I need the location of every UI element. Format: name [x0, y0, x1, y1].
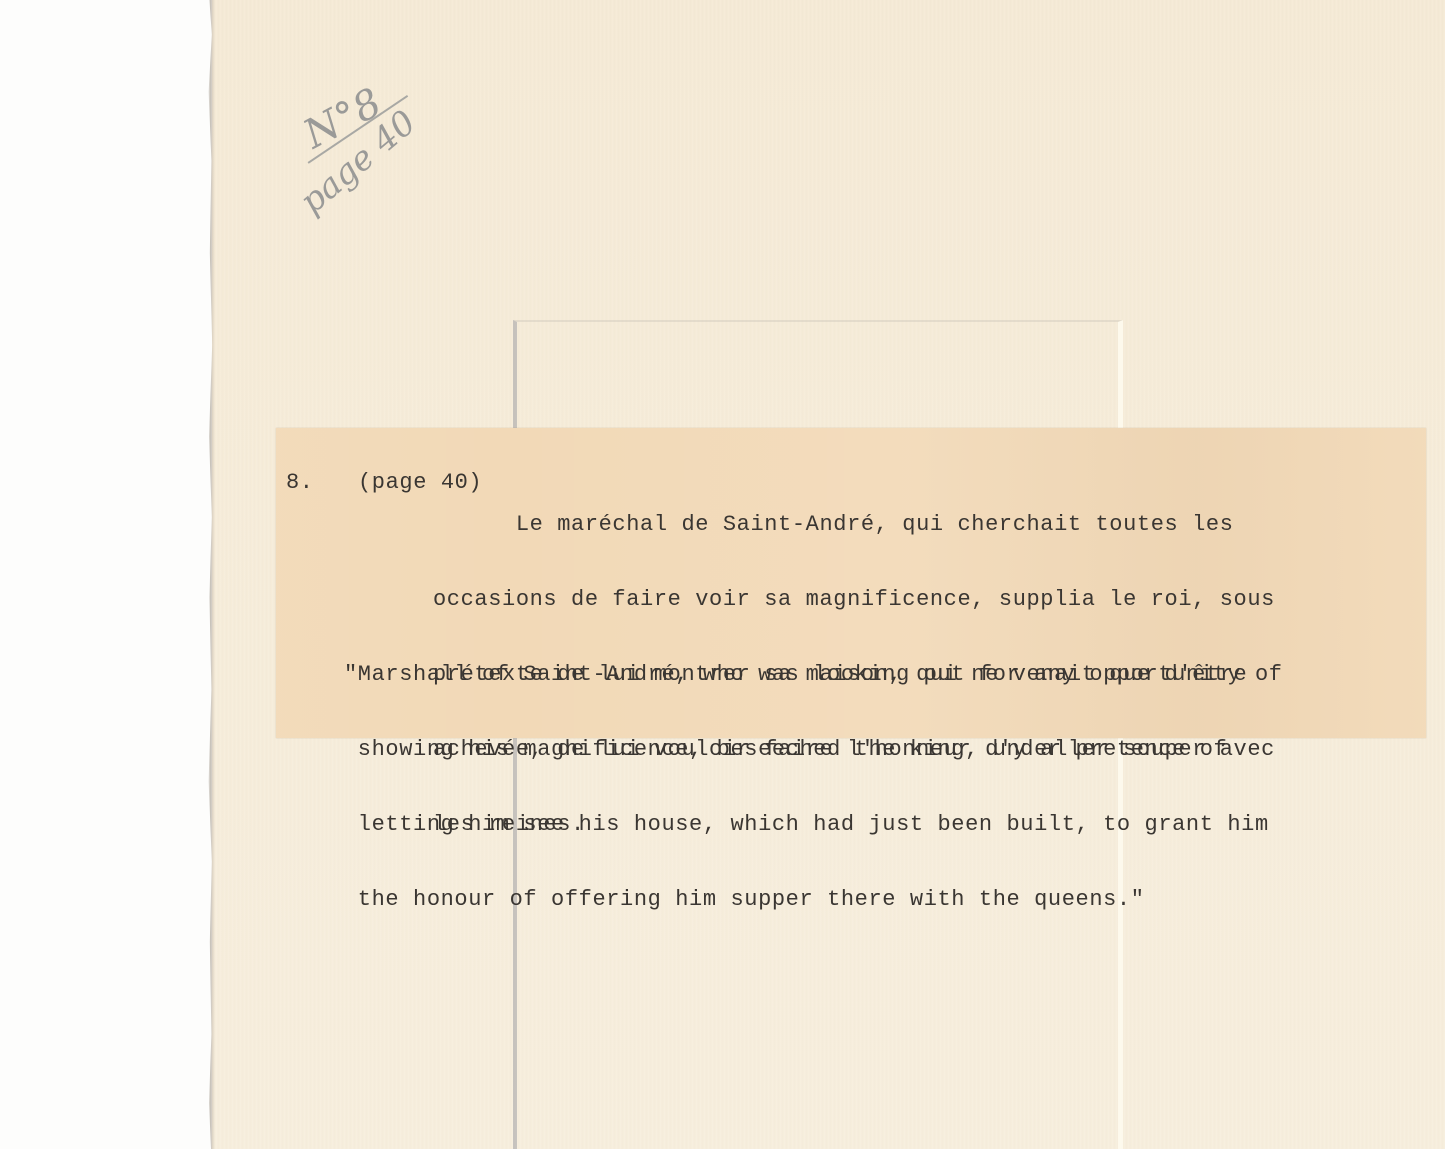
- english-line: letting him see his house, which had jus…: [344, 812, 1283, 837]
- english-translation: "Marshall of Saint-André, who was lookin…: [344, 612, 1283, 962]
- english-line: the honour of offering him supper there …: [344, 887, 1283, 912]
- french-line: Le maréchal de Saint-André, qui cherchai…: [433, 512, 1275, 537]
- label-item-number: 8.: [286, 470, 314, 495]
- english-line: "Marshall of Saint-André, who was lookin…: [344, 662, 1283, 687]
- french-line: occasions de faire voir sa magnificence,…: [433, 587, 1275, 612]
- deckle-edge: [207, 0, 215, 1149]
- english-line: showing his magnificence, beseeched the …: [344, 737, 1283, 762]
- typewritten-label: 8. (page 40) Le maréchal de Saint-André,…: [276, 428, 1426, 738]
